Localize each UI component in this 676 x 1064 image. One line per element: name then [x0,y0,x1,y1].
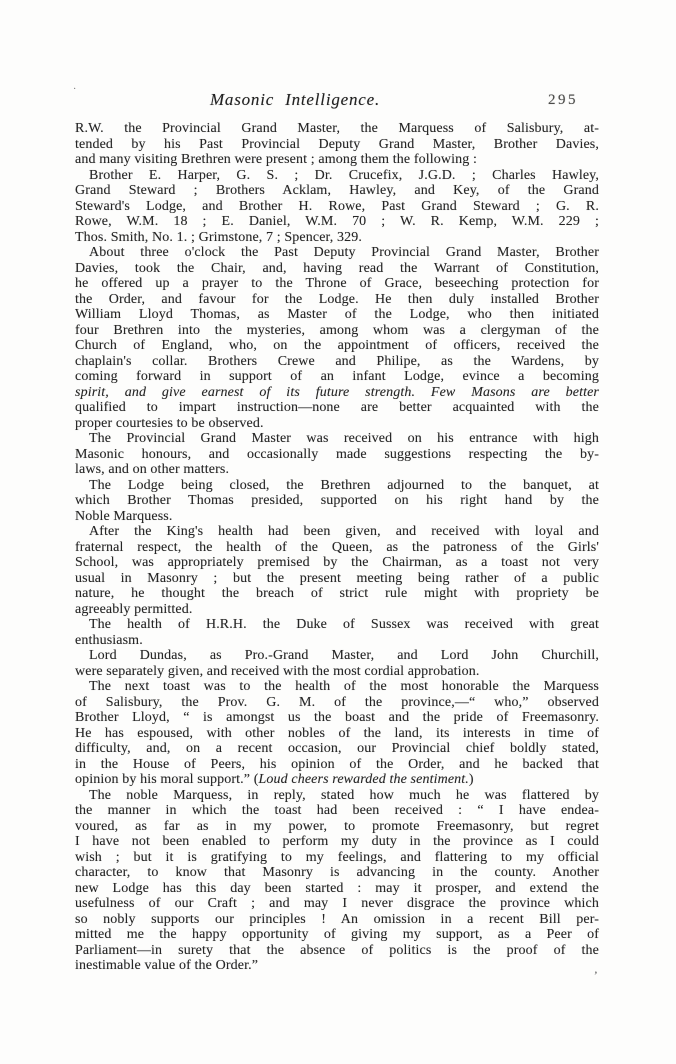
text-line: School, was appropriately premised by th… [75,555,599,571]
text-segment: Grand Steward ; Brothers Acklam, Hawley,… [75,183,599,198]
text-segment: qualified to impart instruction—none are… [75,400,599,415]
text-segment: inestimable value of the Order.” [75,958,258,973]
text-segment: Noble Marquess. [75,509,172,524]
text-line: spirit, and give earnest of its future s… [75,385,599,401]
text-segment: the manner in which the toast had been r… [75,803,599,818]
text-line: The next toast was to the health of the … [75,679,599,695]
text-line: four Brethren into the mysteries, among … [75,323,599,339]
text-line: Masonic honours, and occasionally made s… [75,447,599,463]
text-line: wish ; but it is gratifying to my feelin… [75,850,599,866]
text-segment: agreeably permitted. [75,602,192,617]
page-header: Masonic Intelligence. 295 [75,90,599,112]
text-line: were separately given, and received with… [75,664,599,680]
text-line: the Order, and favour for the Lodge. He … [75,292,599,308]
text-line: which Brother Thomas presided, supported… [75,493,599,509]
text-segment: Masonic honours, and occasionally made s… [75,447,599,462]
text-line: tended by his Past Provincial Deputy Gra… [75,137,599,153]
text-line: and many visiting Brethren were present … [75,152,599,168]
text-line: opinion by his moral support.” (Loud che… [75,772,599,788]
text-segment: usual in Masonry ; but the present meeti… [75,571,599,586]
page-body: R.W. the Provincial Grand Master, the Ma… [75,121,599,974]
text-line: The Provincial Grand Master was received… [75,431,599,447]
text-segment: R.W. the Provincial Grand Master, the Ma… [75,121,599,136]
text-line: William Lloyd Thomas, as Master of the L… [75,307,599,323]
text-line: About three o'clock the Past Deputy Prov… [75,245,599,261]
text-line: He has espoused, with other nobles of th… [75,726,599,742]
text-line: proper courtesies to be observed. [75,416,599,432]
text-line: Grand Steward ; Brothers Acklam, Hawley,… [75,183,599,199]
text-segment: Davies, took the Chair, and, having read… [75,261,599,276]
text-segment: character, to know that Masonry is advan… [75,865,599,880]
text-segment: the Order, and favour for the Lodge. He … [75,292,599,307]
text-segment: mitted me the happy opportunity of givin… [75,927,599,942]
text-segment: opinion by his moral support.” ( [75,772,259,787]
text-segment: voured, as far as in my power, to promot… [75,819,599,834]
text-segment: and many visiting Brethren were present … [75,152,477,167]
text-line: R.W. the Provincial Grand Master, the Ma… [75,121,599,137]
text-segment: Brother Lloyd, “ is amongst us the boast… [75,710,599,725]
text-line: Thos. Smith, No. 1. ; Grimstone, 7 ; Spe… [75,230,599,246]
text-segment: Brother E. Harper, G. S. ; Dr. Crucefix,… [89,168,599,183]
text-segment: fraternal respect, the health of the Que… [75,540,599,555]
text-segment: William Lloyd Thomas, as Master of the L… [75,307,599,322]
text-segment: difficulty, and, on a recent occasion, o… [75,741,599,756]
text-segment: which Brother Thomas presided, supported… [75,493,599,508]
text-segment: The noble Marquess, in reply, stated how… [89,788,599,803]
text-segment: in the House of Peers, his opinion of th… [75,757,599,772]
text-segment: I have not been enabled to perform my du… [75,834,599,849]
text-line: chaplain's collar. Brothers Crewe and Ph… [75,354,599,370]
text-line: The Lodge being closed, the Brethren adj… [75,478,599,494]
text-segment: Rowe, W.M. 18 ; E. Daniel, W.M. 70 ; W. … [75,214,599,229]
text-line: so nobly supports our principles ! An om… [75,912,599,928]
text-line: Noble Marquess. [75,509,599,525]
text-line: Brother E. Harper, G. S. ; Dr. Crucefix,… [75,168,599,184]
text-segment: wish ; but it is gratifying to my feelin… [75,850,599,865]
text-segment: Church of England, who, on the appointme… [75,338,599,353]
text-line: mitted me the happy opportunity of givin… [75,927,599,943]
text-line: The noble Marquess, in reply, stated how… [75,788,599,804]
text-segment: proper courtesies to be observed. [75,416,264,431]
text-segment: Steward's Lodge, and Brother H. Rowe, Pa… [75,199,599,214]
text-segment: The health of H.R.H. the Duke of Sussex … [89,617,599,632]
text-line: character, to know that Masonry is advan… [75,865,599,881]
text-segment: chaplain's collar. Brothers Crewe and Ph… [75,354,599,369]
text-segment: enthusiasm. [75,633,143,648]
text-line: he offered up a prayer to the Throne of … [75,276,599,292]
text-segment: Parliament—in surety that the absence of… [75,943,599,958]
text-line: Steward's Lodge, and Brother H. Rowe, Pa… [75,199,599,215]
text-segment: About three o'clock the Past Deputy Prov… [89,245,599,260]
text-line: Parliament—in surety that the absence of… [75,943,599,959]
text-segment: nature, he thought the breach of strict … [75,586,599,601]
text-segment: were separately given, and received with… [75,664,480,679]
text-segment: coming forward in support of an infant L… [75,369,599,384]
text-line: I have not been enabled to perform my du… [75,834,599,850]
text-line: coming forward in support of an infant L… [75,369,599,385]
text-segment: The next toast was to the health of the … [89,679,599,694]
italic-text-segment: Loud cheers rewarded the sentiment. [259,772,469,787]
text-line: agreeably permitted. [75,602,599,618]
text-line: new Lodge has this day been started : ma… [75,881,599,897]
page-number: 295 [548,92,578,109]
text-line: Lord Dundas, as Pro.-Grand Master, and L… [75,648,599,664]
scanned-page: · Masonic Intelligence. 295 R.W. the Pro… [0,0,676,1064]
text-segment: ) [469,772,474,787]
italic-text-segment: spirit, and give earnest of its future s… [75,385,599,400]
text-segment: Thos. Smith, No. 1. ; Grimstone, 7 ; Spe… [75,230,362,245]
text-line: nature, he thought the breach of strict … [75,586,599,602]
text-line: Rowe, W.M. 18 ; E. Daniel, W.M. 70 ; W. … [75,214,599,230]
text-line: of Salisbury, the Prov. G. M. of the pro… [75,695,599,711]
text-line: Church of England, who, on the appointme… [75,338,599,354]
text-segment: After the King's health had been given, … [89,524,599,539]
text-segment: School, was appropriately premised by th… [75,555,599,570]
text-line: usefulness of our Craft ; and may I neve… [75,896,599,912]
text-segment: of Salisbury, the Prov. G. M. of the pro… [75,695,599,710]
text-line: Brother Lloyd, “ is amongst us the boast… [75,710,599,726]
text-segment: He has espoused, with other nobles of th… [75,726,599,741]
text-segment: The Provincial Grand Master was received… [89,431,599,446]
text-line: qualified to impart instruction—none are… [75,400,599,416]
text-line: inestimable value of the Order.” [75,958,599,974]
text-segment: he offered up a prayer to the Throne of … [75,276,599,291]
text-line: in the House of Peers, his opinion of th… [75,757,599,773]
text-line: the manner in which the toast had been r… [75,803,599,819]
text-line: difficulty, and, on a recent occasion, o… [75,741,599,757]
scan-artifact: ’ [593,968,597,983]
text-line: fraternal respect, the health of the Que… [75,540,599,556]
text-line: Davies, took the Chair, and, having read… [75,261,599,277]
text-segment: four Brethren into the mysteries, among … [75,323,599,338]
text-segment: Lord Dundas, as Pro.-Grand Master, and L… [89,648,599,663]
text-segment: so nobly supports our principles ! An om… [75,912,599,927]
text-line: laws, and on other matters. [75,462,599,478]
text-segment: The Lodge being closed, the Brethren adj… [89,478,599,493]
text-line: usual in Masonry ; but the present meeti… [75,571,599,587]
text-segment: usefulness of our Craft ; and may I neve… [75,896,599,911]
text-segment: tended by his Past Provincial Deputy Gra… [75,137,599,152]
text-line: After the King's health had been given, … [75,524,599,540]
text-line: The health of H.R.H. the Duke of Sussex … [75,617,599,633]
running-title: Masonic Intelligence. [210,90,380,110]
text-line: enthusiasm. [75,633,599,649]
text-segment: new Lodge has this day been started : ma… [75,881,599,896]
text-segment: laws, and on other matters. [75,462,229,477]
text-line: voured, as far as in my power, to promot… [75,819,599,835]
